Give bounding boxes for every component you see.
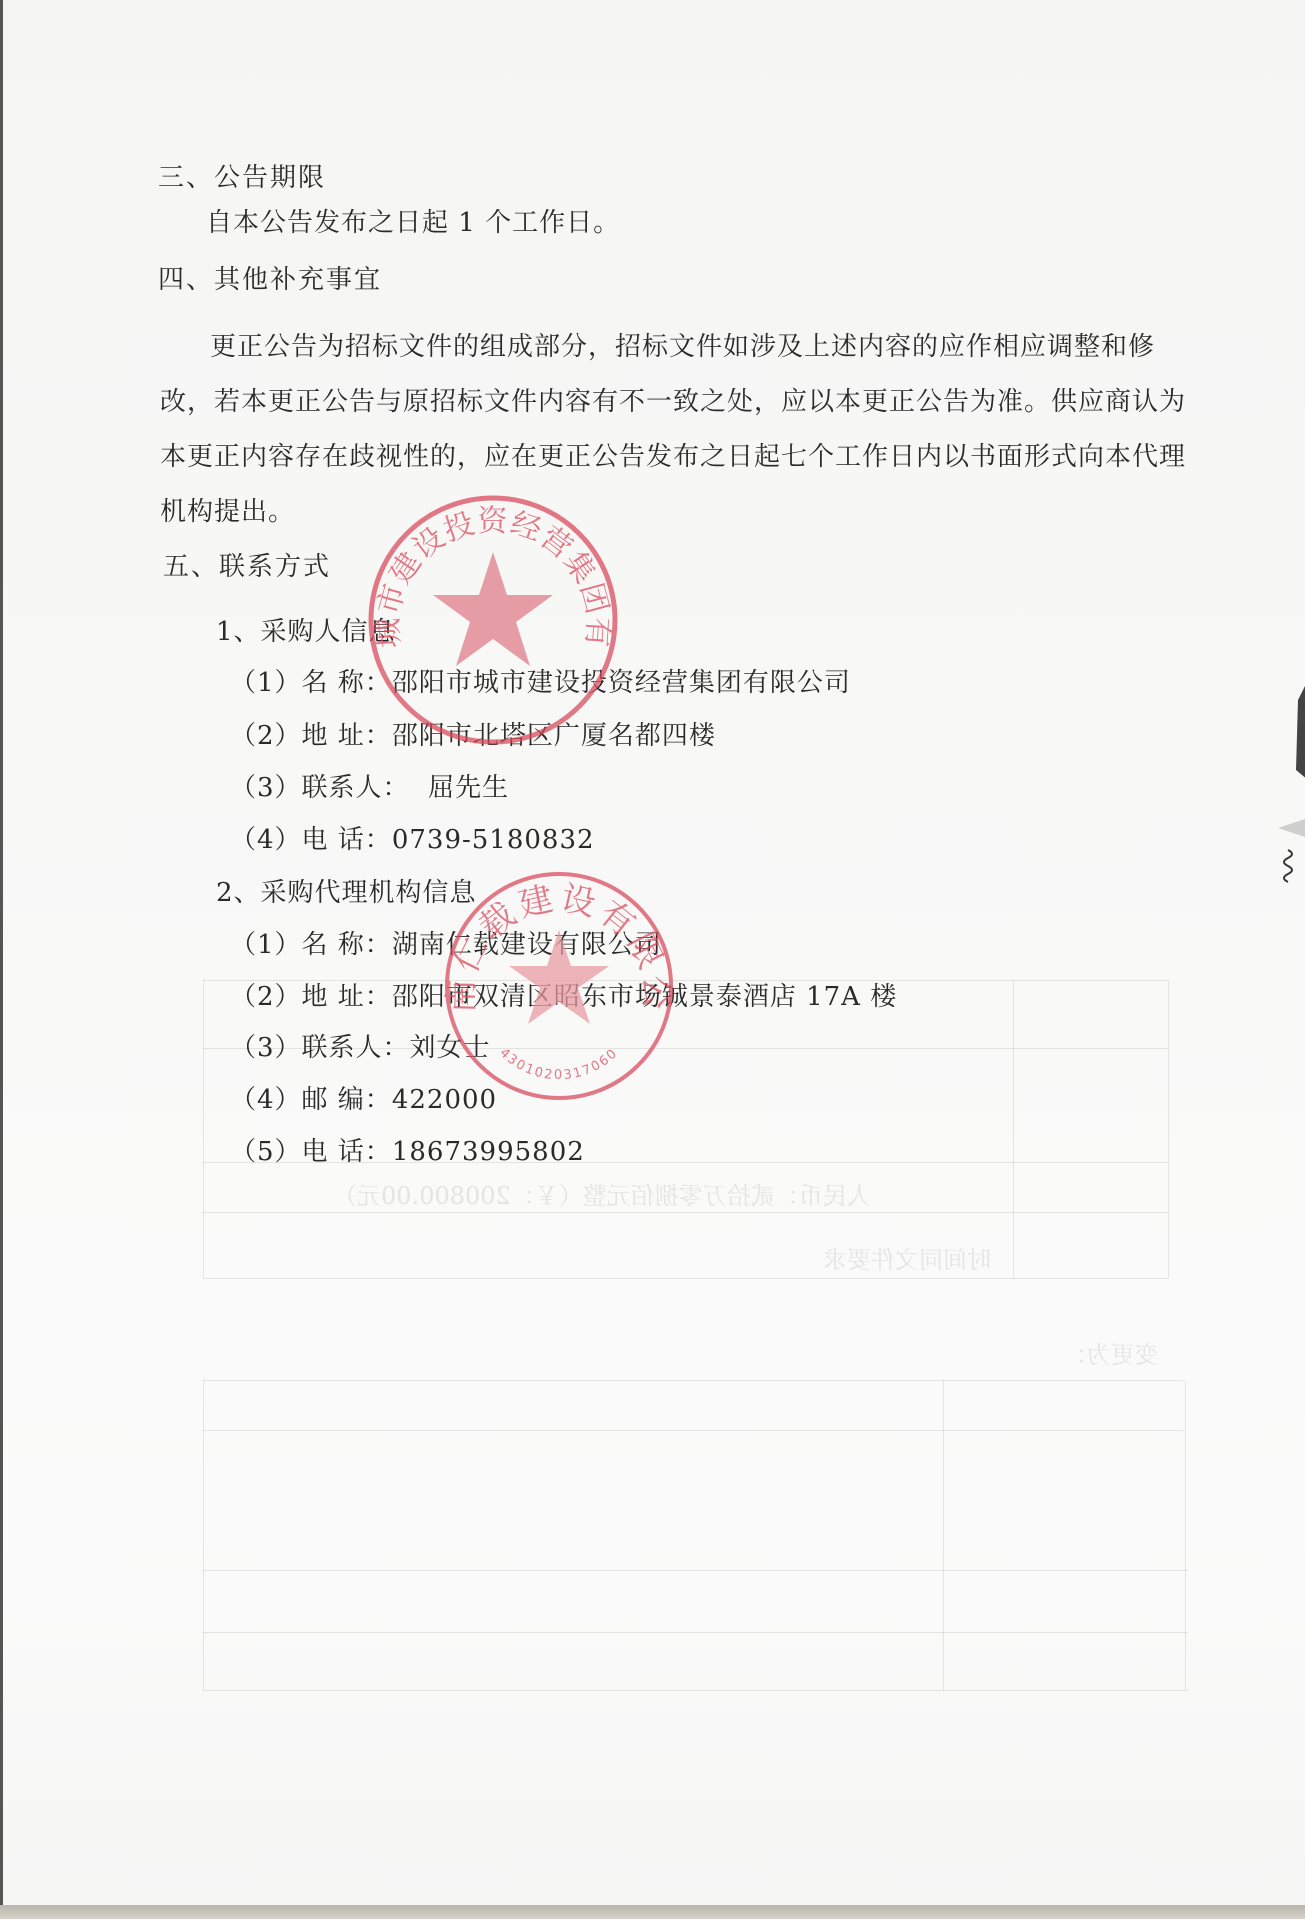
agency-name-label: （1）名 称：	[230, 930, 392, 960]
purchaser-contact-row: （3）联系人： 屈先生	[230, 772, 509, 804]
bleed-table-line	[943, 1380, 944, 1690]
purchaser-phone-label: （4）电 话：	[230, 825, 392, 855]
purchaser-name-label: （1）名 称：	[230, 668, 392, 698]
agency-postcode-label: （4）邮 编：	[230, 1085, 392, 1115]
star-icon	[433, 552, 553, 666]
bleed-table-line	[203, 1690, 1188, 1691]
bleed-table-line	[203, 1278, 1168, 1279]
agency-phone-value: 18673995802	[392, 1137, 585, 1167]
bleed-table-line	[203, 1570, 1188, 1571]
bleed-table-line	[203, 1380, 1183, 1381]
agency-postcode-value: 422000	[392, 1085, 497, 1115]
bleed-table-line	[203, 980, 204, 1278]
section-4-heading: 四、其他补充事宜	[158, 264, 382, 296]
purchaser-name-row: （1）名 称：邵阳市城市建设投资经营集团有限公司	[230, 667, 851, 699]
section-5-heading: 五、联系方式	[163, 551, 331, 583]
bleed-table-line	[203, 1632, 1188, 1633]
agency-address-value: 邵阳市双清区昭东市场铖景泰酒店 17A 楼	[392, 982, 897, 1012]
bleed-table-line	[1013, 980, 1014, 1278]
purchaser-phone-row: （4）电 话：0739-5180832	[230, 824, 595, 856]
agency-phone-label: （5）电 话：	[230, 1137, 392, 1167]
purchaser-contact-label: （3）联系人：	[230, 773, 410, 803]
bleed-table-line	[203, 1212, 1168, 1213]
agency-name-row: （1）名 称：湖南仁载建设有限公司	[230, 929, 662, 961]
section-4-paragraph-line-1: 更正公告为招标文件的组成部分，招标文件如涉及上述内容的应作相应调整和修	[210, 331, 1155, 363]
document-page: 人民币：贰拾万零捌佰元整（￥：200800.00元） 时间同文件要求 变更为： …	[0, 0, 1305, 1905]
purchaser-phone-value: 0739-5180832	[392, 825, 595, 855]
section-4-paragraph-line-4: 机构提出。	[160, 496, 295, 528]
agency-address-label: （2）地 址：	[230, 982, 392, 1012]
bleed-text: 人民币：贰拾万零捌佰元整（￥：200800.00元）	[333, 1176, 871, 1211]
agency-contact-value: 刘女士	[410, 1033, 491, 1063]
purchaser-address-value: 邵阳市北塔区广厦名都四楼	[392, 721, 716, 751]
bleed-table-line	[1185, 1380, 1186, 1690]
section-4-paragraph-line-3: 本更正内容存在歧视性的，应在更正公告发布之日起七个工作日内以书面形式向本代理	[160, 441, 1186, 473]
agency-contact-row: （3）联系人：刘女士	[230, 1032, 491, 1064]
bleed-text: 变更为：	[1063, 1335, 1159, 1370]
purchaser-name-value: 邵阳市城市建设投资经营集团有限公司	[392, 668, 851, 698]
agency-contact-label: （3）联系人：	[230, 1033, 410, 1063]
agency-name-value: 湖南仁载建设有限公司	[392, 930, 662, 960]
agency-address-row: （2）地 址：邵阳市双清区昭东市场铖景泰酒店 17A 楼	[230, 981, 897, 1013]
agency-phone-row: （5）电 话：18673995802	[230, 1136, 585, 1168]
purchaser-seal: 邵阳市城市建设投资经营集团有限公司	[365, 492, 621, 748]
section-3-body: 自本公告发布之日起 1 个工作日。	[206, 207, 620, 239]
agency-postcode-row: （4）邮 编：422000	[230, 1084, 497, 1116]
bleed-text: 时间同文件要求	[823, 1240, 991, 1275]
svg-text:4301020317060: 4301020317060	[496, 1045, 621, 1083]
section-3-heading: 三、公告期限	[158, 162, 326, 194]
purchaser-address-label: （2）地 址：	[230, 721, 392, 751]
purchaser-address-row: （2）地 址：邵阳市北塔区广厦名都四楼	[230, 720, 716, 752]
purchaser-contact-value: 屈先生	[410, 773, 510, 803]
agency-info-title: 2、采购代理机构信息	[216, 877, 477, 909]
paper-clip-shadow	[1268, 600, 1305, 900]
section-4-paragraph-line-2: 改，若本更正公告与原招标文件内容有不一致之处，应以本更正公告为准。供应商认为	[160, 386, 1186, 418]
bleed-table-line	[1168, 980, 1169, 1278]
agency-seal-serial: 4301020317060	[496, 1045, 621, 1083]
purchaser-info-title: 1、采购人信息	[216, 616, 396, 648]
bleed-table-line	[203, 1430, 1183, 1431]
bleed-table-line	[203, 1380, 204, 1690]
page-bottom-edge	[0, 1905, 1305, 1919]
